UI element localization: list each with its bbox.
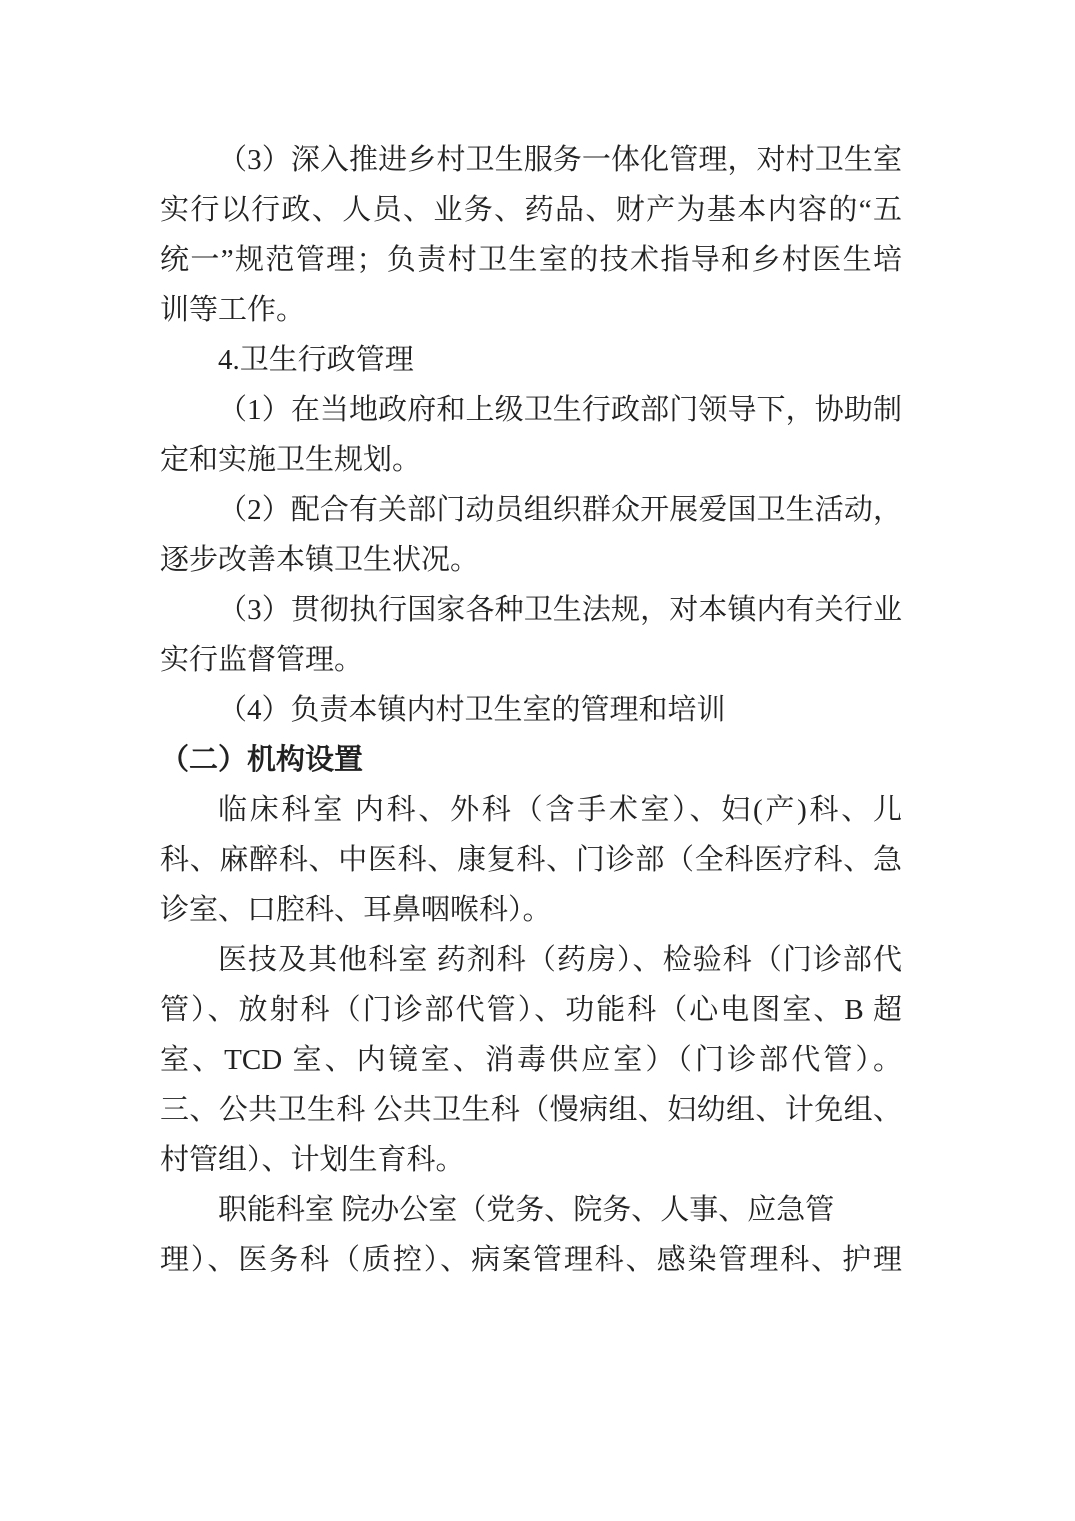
item-3-line-2: 实行监督管理。 [160,635,902,685]
functional-depts-line-1: 职能科室 院办公室（党务、院务、人事、应急管 [160,1185,902,1235]
medtech-depts-line-3: 室、TCD 室、内镜室、消毒供应室）（门诊部代管）。 [160,1035,902,1085]
medtech-depts-line-1: 医技及其他科室 药剂科（药房）、检验科（门诊部代 [160,935,902,985]
para-3-line-3: 统一”规范管理；负责村卫生室的技术指导和乡村医生培 [160,235,902,285]
para-3-line-4: 训等工作。 [160,285,902,335]
item-3-line-1: （3）贯彻执行国家各种卫生法规，对本镇内有关行业 [160,585,902,635]
medtech-depts-line-2: 管）、放射科（门诊部代管）、功能科（心电图室、B 超 [160,985,902,1035]
document-page: （3）深入推进乡村卫生服务一体化管理，对村卫生室实行以行政、人员、业务、药品、财… [0,0,1075,1521]
document-lines: （3）深入推进乡村卫生服务一体化管理，对村卫生室实行以行政、人员、业务、药品、财… [160,135,902,1285]
item-2-line-1: （2）配合有关部门动员组织群众开展爱国卫生活动， [160,485,902,535]
clinical-depts-line-2: 科、麻醉科、中医科、康复科、门诊部（全科医疗科、急 [160,835,902,885]
para-3-line-2: 实行以行政、人员、业务、药品、财产为基本内容的“五 [160,185,902,235]
functional-depts-line-2: 理）、医务科（质控）、病案管理科、感染管理科、护理 [160,1235,902,1285]
public-health-line-1: 三、公共卫生科 公共卫生科（慢病组、妇幼组、计免组、 [160,1085,902,1135]
item-4-line-1: （4）负责本镇内村卫生室的管理和培训 [160,685,902,735]
item-1-line-1: （1）在当地政府和上级卫生行政部门领导下，协助制 [160,385,902,435]
public-health-line-2: 村管组）、计划生育科。 [160,1135,902,1185]
item-2-line-2: 逐步改善本镇卫生状况。 [160,535,902,585]
para-3-line-1: （3）深入推进乡村卫生服务一体化管理，对村卫生室 [160,135,902,185]
heading-org-setup: （二）机构设置 [160,735,902,785]
clinical-depts-line-3: 诊室、口腔科、耳鼻咽喉科）。 [160,885,902,935]
item-1-line-2: 定和实施卫生规划。 [160,435,902,485]
subheading-health-admin: 4.卫生行政管理 [160,335,902,385]
clinical-depts-line-1: 临床科室 内科、外科（含手术室）、妇(产)科、儿 [160,785,902,835]
